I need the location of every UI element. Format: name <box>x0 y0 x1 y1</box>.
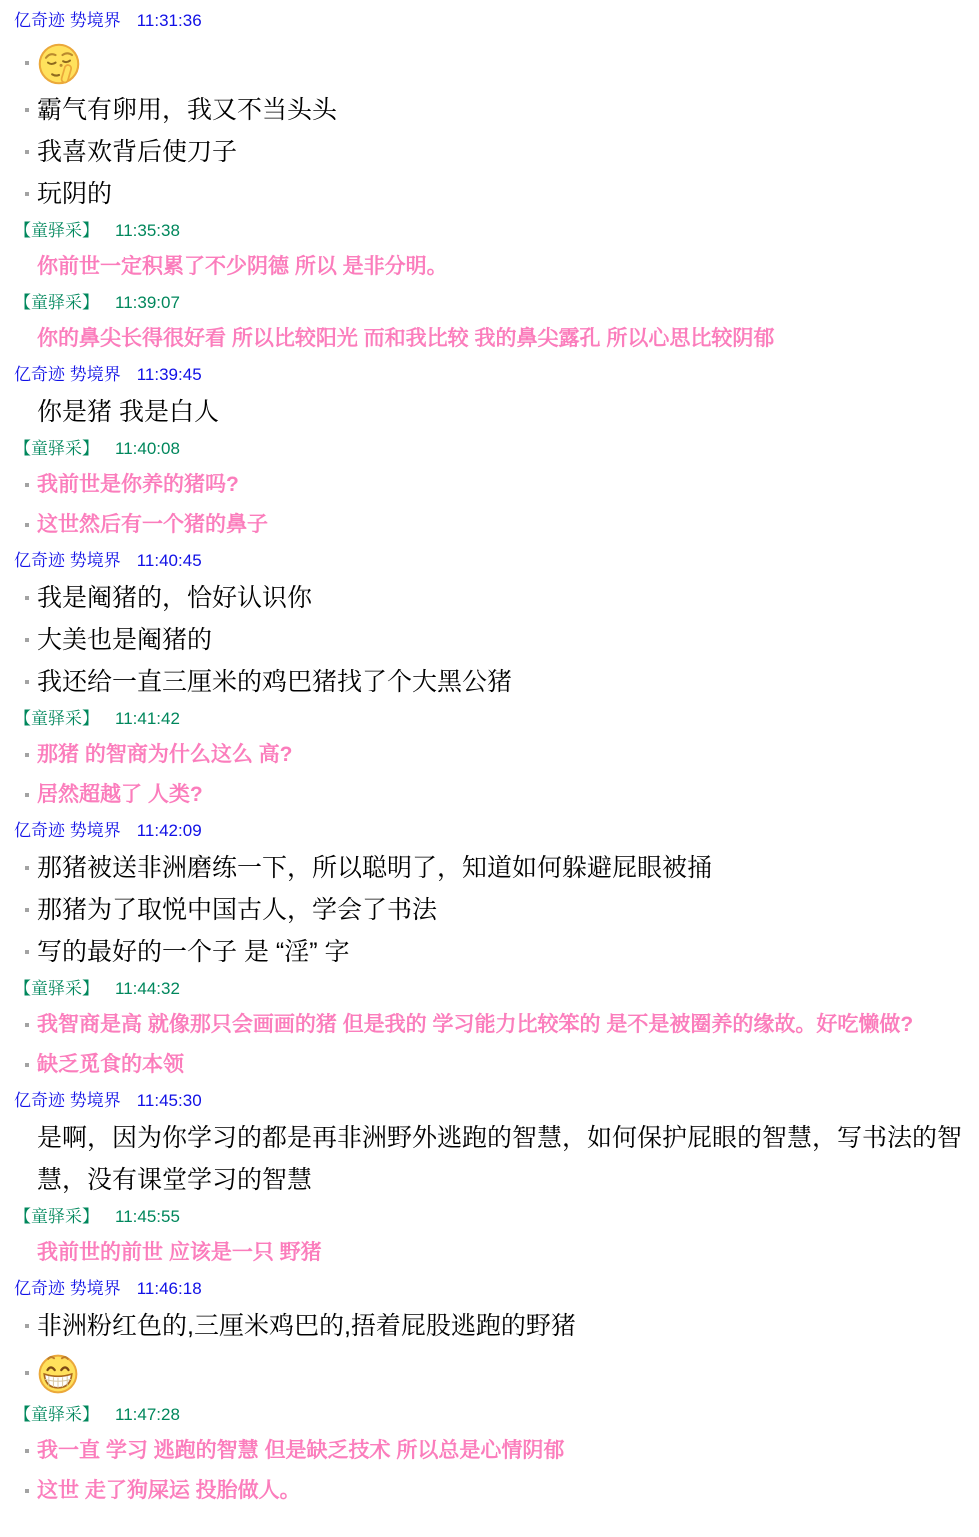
chat-message: 非洲粉红色的,三厘米鸡巴的,捂着屁股逃跑的野猪 <box>14 1305 969 1347</box>
message-header: 【童驿采】11:44:32 <box>14 973 969 1005</box>
message-text: 我智商是高 就像那只会画画的猪 但是我的 学习能力比较笨的 是不是被圈养的缘故。… <box>37 1013 913 1036</box>
bullet-marker <box>25 1371 29 1375</box>
message-header: 亿奇迹 势境界11:45:30 <box>14 1085 969 1117</box>
chat-block: 【童驿采】11:47:28 我一直 学习 逃跑的智慧 但是缺乏技术 所以总是心情… <box>14 1399 969 1511</box>
chat-message: 居然超越了 人类? <box>14 775 969 815</box>
bullet-marker <box>25 950 29 954</box>
message-group: 我是阉猪的，恰好认识你 大美也是阉猪的 我还给一直三厘米的鸡巴猪找了个大黑公猪 <box>14 577 969 703</box>
chat-message: 那猪被送非洲磨练一下，所以聪明了，知道如何躲避屁眼被捅 <box>14 847 969 889</box>
message-text <box>37 1359 79 1387</box>
chat-block: 【童驿采】11:40:08 我前世是你养的猪吗? 这世然后有一个猪的鼻子 <box>14 433 969 545</box>
chat-message: 玩阴的 <box>14 173 969 215</box>
message-text: 缺乏觅食的本领 <box>37 1053 184 1076</box>
chat-message: 我还给一直三厘米的鸡巴猪找了个大黑公猪 <box>14 661 969 703</box>
sender-name: 【童驿采】 <box>14 979 99 998</box>
bullet-marker <box>25 1489 29 1493</box>
bullet-marker <box>25 596 29 600</box>
chat-block: 亿奇迹 势境界11:46:18 非洲粉红色的,三厘米鸡巴的,捂着屁股逃跑的野猪 <box>14 1273 969 1399</box>
message-text: 那猪 的智商为什么这么 高? <box>37 743 293 766</box>
timestamp: 11:39:45 <box>137 365 202 384</box>
chat-message: 写的最好的一个子 是 “淫” 字 <box>14 931 969 973</box>
bullet-marker <box>25 1324 29 1328</box>
message-header: 亿奇迹 势境界11:31:36 <box>14 5 969 37</box>
timestamp: 11:45:30 <box>137 1091 202 1110</box>
message-group: 你前世一定积累了不少阴德 所以 是非分明。 <box>14 247 969 287</box>
chat-block: 亿奇迹 势境界11:40:45 我是阉猪的，恰好认识你 大美也是阉猪的 我还给一… <box>14 545 969 703</box>
bullet-marker <box>25 680 29 684</box>
message-text: 那猪为了取悦中国古人，学会了书法 <box>37 896 437 924</box>
timestamp: 11:46:18 <box>137 1279 202 1298</box>
message-group: 霸气有卵用，我又不当头头 我喜欢背后使刀子 玩阴的 <box>14 37 969 215</box>
bullet-marker <box>25 908 29 912</box>
sender-name: 【童驿采】 <box>14 439 99 458</box>
message-header: 【童驿采】11:39:07 <box>14 287 969 319</box>
sender-name: 【童驿采】 <box>14 709 99 728</box>
sender-name: 【童驿采】 <box>14 1405 99 1424</box>
message-header: 【童驿采】11:47:28 <box>14 1399 969 1431</box>
message-group: 非洲粉红色的,三厘米鸡巴的,捂着屁股逃跑的野猪 <box>14 1305 969 1399</box>
sender-name: 亿奇迹 势境界 <box>14 1279 121 1298</box>
chat-block: 【童驿采】11:44:32 我智商是高 就像那只会画画的猪 但是我的 学习能力比… <box>14 973 969 1085</box>
timestamp: 11:45:55 <box>115 1207 180 1226</box>
bullet-marker <box>25 483 29 487</box>
message-header: 亿奇迹 势境界11:40:45 <box>14 545 969 577</box>
sender-name: 【童驿采】 <box>14 293 99 312</box>
bullet-marker <box>25 1023 29 1027</box>
message-header: 亿奇迹 势境界11:39:45 <box>14 359 969 391</box>
chat-message <box>14 1347 969 1399</box>
chat-block: 【童驿采】11:35:38 你前世一定积累了不少阴德 所以 是非分明。 <box>14 215 969 287</box>
timestamp: 11:31:36 <box>137 11 202 30</box>
sender-name: 【童驿采】 <box>14 221 99 240</box>
timestamp: 11:41:42 <box>115 709 180 728</box>
chat-message: 这世 走了狗屎运 投胎做人。 <box>14 1471 969 1511</box>
chat-block: 亿奇迹 势境界11:31:36 霸气有卵用，我又不当头头 我喜欢背后使刀子 玩阴… <box>14 5 969 215</box>
chat-message <box>14 37 969 89</box>
emoji-nose-picking-icon <box>37 42 81 86</box>
message-text: 居然超越了 人类? <box>37 783 203 806</box>
sender-name: 【童驿采】 <box>14 1207 99 1226</box>
message-header: 【童驿采】11:40:08 <box>14 433 969 465</box>
sender-name: 亿奇迹 势境界 <box>14 1091 121 1110</box>
message-text: 我还给一直三厘米的鸡巴猪找了个大黑公猪 <box>37 668 512 696</box>
chat-message: 是啊，因为你学习的都是再非洲野外逃跑的智慧，如何保护屁眼的智慧，写书法的智慧，没… <box>14 1117 969 1201</box>
message-text: 你是猪 我是白人 <box>37 398 219 426</box>
timestamp: 11:40:08 <box>115 439 180 458</box>
chat-message: 我是阉猪的，恰好认识你 <box>14 577 969 619</box>
message-header: 亿奇迹 势境界11:46:18 <box>14 1273 969 1305</box>
bullet-marker <box>25 638 29 642</box>
bullet-marker <box>25 1063 29 1067</box>
message-text: 大美也是阉猪的 <box>37 626 212 654</box>
timestamp: 11:44:32 <box>115 979 180 998</box>
timestamp: 11:47:28 <box>115 1405 180 1424</box>
chat-block: 【童驿采】11:39:07 你的鼻尖长得很好看 所以比较阳光 而和我比较 我的鼻… <box>14 287 969 359</box>
chat-message: 你是猪 我是白人 <box>14 391 969 433</box>
message-header: 【童驿采】11:41:42 <box>14 703 969 735</box>
message-text: 这世 走了狗屎运 投胎做人。 <box>37 1479 301 1502</box>
chat-message: 我前世的前世 应该是一只 野猪 <box>14 1233 969 1273</box>
bullet-marker <box>25 61 29 65</box>
timestamp: 11:35:38 <box>115 221 180 240</box>
message-text: 我是阉猪的，恰好认识你 <box>37 584 312 612</box>
sender-name: 亿奇迹 势境界 <box>14 11 121 30</box>
bullet-marker <box>25 866 29 870</box>
bullet-marker <box>25 1449 29 1453</box>
chat-message: 那猪 的智商为什么这么 高? <box>14 735 969 775</box>
chat-message: 那猪为了取悦中国古人，学会了书法 <box>14 889 969 931</box>
chat-block: 亿奇迹 势境界11:45:30 是啊，因为你学习的都是再非洲野外逃跑的智慧，如何… <box>14 1085 969 1201</box>
message-group: 你是猪 我是白人 <box>14 391 969 433</box>
chat-log: 亿奇迹 势境界11:31:36 霸气有卵用，我又不当头头 我喜欢背后使刀子 玩阴… <box>0 0 979 1521</box>
chat-block: 【童驿采】11:45:55 我前世的前世 应该是一只 野猪 <box>14 1201 969 1273</box>
message-group: 我一直 学习 逃跑的智慧 但是缺乏技术 所以总是心情阴郁 这世 走了狗屎运 投胎… <box>14 1431 969 1511</box>
message-text: 你的鼻尖长得很好看 所以比较阳光 而和我比较 我的鼻尖露孔 所以心思比较阴郁 <box>37 327 774 350</box>
bullet-marker <box>25 150 29 154</box>
chat-message: 缺乏觅食的本领 <box>14 1045 969 1085</box>
chat-message: 你前世一定积累了不少阴德 所以 是非分明。 <box>14 247 969 287</box>
message-text: 写的最好的一个子 是 “淫” 字 <box>37 938 350 966</box>
message-group: 是啊，因为你学习的都是再非洲野外逃跑的智慧，如何保护屁眼的智慧，写书法的智慧，没… <box>14 1117 969 1201</box>
chat-block: 【童驿采】11:41:42 那猪 的智商为什么这么 高? 居然超越了 人类? <box>14 703 969 815</box>
timestamp: 11:39:07 <box>115 293 180 312</box>
message-group: 你的鼻尖长得很好看 所以比较阳光 而和我比较 我的鼻尖露孔 所以心思比较阴郁 <box>14 319 969 359</box>
message-text: 玩阴的 <box>37 180 112 208</box>
message-header: 【童驿采】11:35:38 <box>14 215 969 247</box>
sender-name: 亿奇迹 势境界 <box>14 821 121 840</box>
sender-name: 亿奇迹 势境界 <box>14 551 121 570</box>
message-group: 我前世是你养的猪吗? 这世然后有一个猪的鼻子 <box>14 465 969 545</box>
chat-message: 我智商是高 就像那只会画画的猪 但是我的 学习能力比较笨的 是不是被圈养的缘故。… <box>14 1005 969 1045</box>
chat-block: 亿奇迹 势境界11:39:45 你是猪 我是白人 <box>14 359 969 433</box>
message-text: 霸气有卵用，我又不当头头 <box>37 96 337 124</box>
bullet-marker <box>25 192 29 196</box>
message-group: 我前世的前世 应该是一只 野猪 <box>14 1233 969 1273</box>
chat-message: 霸气有卵用，我又不当头头 <box>14 89 969 131</box>
timestamp: 11:40:45 <box>137 551 202 570</box>
message-text: 是啊，因为你学习的都是再非洲野外逃跑的智慧，如何保护屁眼的智慧，写书法的智慧，没… <box>37 1124 962 1194</box>
chat-message: 这世然后有一个猪的鼻子 <box>14 505 969 545</box>
message-header: 亿奇迹 势境界11:42:09 <box>14 815 969 847</box>
bullet-marker <box>25 793 29 797</box>
chat-message: 我一直 学习 逃跑的智慧 但是缺乏技术 所以总是心情阴郁 <box>14 1431 969 1471</box>
sender-name: 亿奇迹 势境界 <box>14 365 121 384</box>
chat-message: 大美也是阉猪的 <box>14 619 969 661</box>
message-group: 我智商是高 就像那只会画画的猪 但是我的 学习能力比较笨的 是不是被圈养的缘故。… <box>14 1005 969 1085</box>
message-text: 我一直 学习 逃跑的智慧 但是缺乏技术 所以总是心情阴郁 <box>37 1439 564 1462</box>
bullet-marker <box>25 753 29 757</box>
message-text <box>37 49 81 77</box>
timestamp: 11:42:09 <box>137 821 202 840</box>
message-text: 我前世是你养的猪吗? <box>37 473 239 496</box>
message-text: 那猪被送非洲磨练一下，所以聪明了，知道如何躲避屁眼被捅 <box>37 854 712 882</box>
chat-block: 亿奇迹 势境界11:42:09 那猪被送非洲磨练一下，所以聪明了，知道如何躲避屁… <box>14 815 969 973</box>
message-text: 我前世的前世 应该是一只 野猪 <box>37 1241 322 1264</box>
chat-message: 你的鼻尖长得很好看 所以比较阳光 而和我比较 我的鼻尖露孔 所以心思比较阴郁 <box>14 319 969 359</box>
message-text: 我喜欢背后使刀子 <box>37 138 237 166</box>
message-text: 非洲粉红色的,三厘米鸡巴的,捂着屁股逃跑的野猪 <box>37 1312 576 1340</box>
message-header: 【童驿采】11:45:55 <box>14 1201 969 1233</box>
message-group: 那猪 的智商为什么这么 高? 居然超越了 人类? <box>14 735 969 815</box>
bullet-marker <box>25 523 29 527</box>
bullet-marker <box>25 108 29 112</box>
message-text: 你前世一定积累了不少阴德 所以 是非分明。 <box>37 255 448 278</box>
message-group: 那猪被送非洲磨练一下，所以聪明了，知道如何躲避屁眼被捅 那猪为了取悦中国古人，学… <box>14 847 969 973</box>
emoji-grinning-icon <box>37 1353 79 1395</box>
chat-message: 我前世是你养的猪吗? <box>14 465 969 505</box>
message-text: 这世然后有一个猪的鼻子 <box>37 513 268 536</box>
chat-message: 我喜欢背后使刀子 <box>14 131 969 173</box>
